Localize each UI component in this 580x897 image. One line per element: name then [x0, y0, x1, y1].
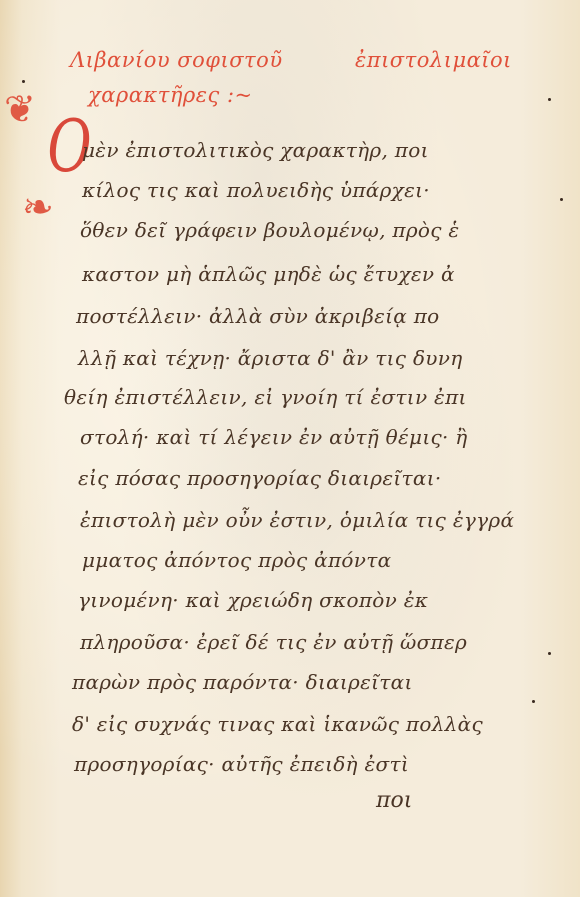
text-line: γινομένη· καὶ χρειώδη σκοπὸν ἐκ: [78, 588, 428, 612]
catchword: ποι: [376, 788, 412, 813]
text-line: στολή· καὶ τί λέγειν ἐν αὐτῇ θέμις· ἢ: [80, 425, 468, 449]
text-line: πληροῦσα· ἐρεῖ δέ τις ἐν αὐτῇ ὥσπερ: [80, 630, 467, 654]
text-line: ἐπιστολὴ μὲν οὖν ἐστιν, ὁμιλία τις ἐγγρά: [80, 508, 514, 532]
rubric-title-line1-right: ἐπιστολιμαῖοι: [355, 48, 512, 72]
rubric-title-line1-left: Λιβανίου σοφιστοῦ: [70, 48, 283, 72]
text-line: μματος ἀπόντος πρὸς ἀπόντα: [82, 548, 391, 572]
text-line: κίλος τις καὶ πολυειδὴς ὑπάρχει·: [82, 178, 430, 202]
text-line: ποστέλλειν· ἀλλὰ σὺν ἀκριβείᾳ πο: [76, 304, 440, 328]
decorative-flourish-icon: ❦: [4, 90, 36, 128]
text-line: δ' εἰς συχνάς τινας καὶ ἱκανῶς πολλὰς: [72, 712, 483, 736]
pinprick: [548, 98, 551, 101]
text-line: ὅθεν δεῖ γράφειν βουλομένῳ, πρὸς ἑ: [80, 218, 459, 242]
manuscript-page: Λιβανίου σοφιστοῦ ἐπιστολιμαῖοι χαρακτῆρ…: [0, 0, 580, 897]
text-line: παρὼν πρὸς παρόντα· διαιρεῖται: [72, 670, 413, 694]
text-line: λλῇ καὶ τέχνῃ· ἄριστα δ' ἂν τις δυνη: [78, 346, 463, 370]
text-line: εἰς πόσας προσηγορίας διαιρεῖται·: [78, 466, 442, 490]
decorative-flourish-icon: ❧: [22, 188, 54, 226]
rubric-title-line2: χαρακτῆρες :~: [88, 83, 253, 107]
text-line: προσηγορίας· αὐτῆς ἐπειδὴ ἐστὶ: [74, 752, 409, 776]
pinprick: [548, 652, 551, 655]
text-line: καστον μὴ ἁπλῶς μηδὲ ὡς ἔτυχεν ἀ: [82, 262, 455, 286]
pinprick: [22, 80, 25, 83]
pinprick: [560, 198, 563, 201]
text-line: θείη ἐπιστέλλειν, εἰ γνοίη τί ἐστιν ἐπι: [64, 385, 467, 409]
text-line: μὲν ἐπιστολιτικὸς χαρακτὴρ, ποι: [82, 138, 429, 162]
pinprick: [532, 700, 535, 703]
